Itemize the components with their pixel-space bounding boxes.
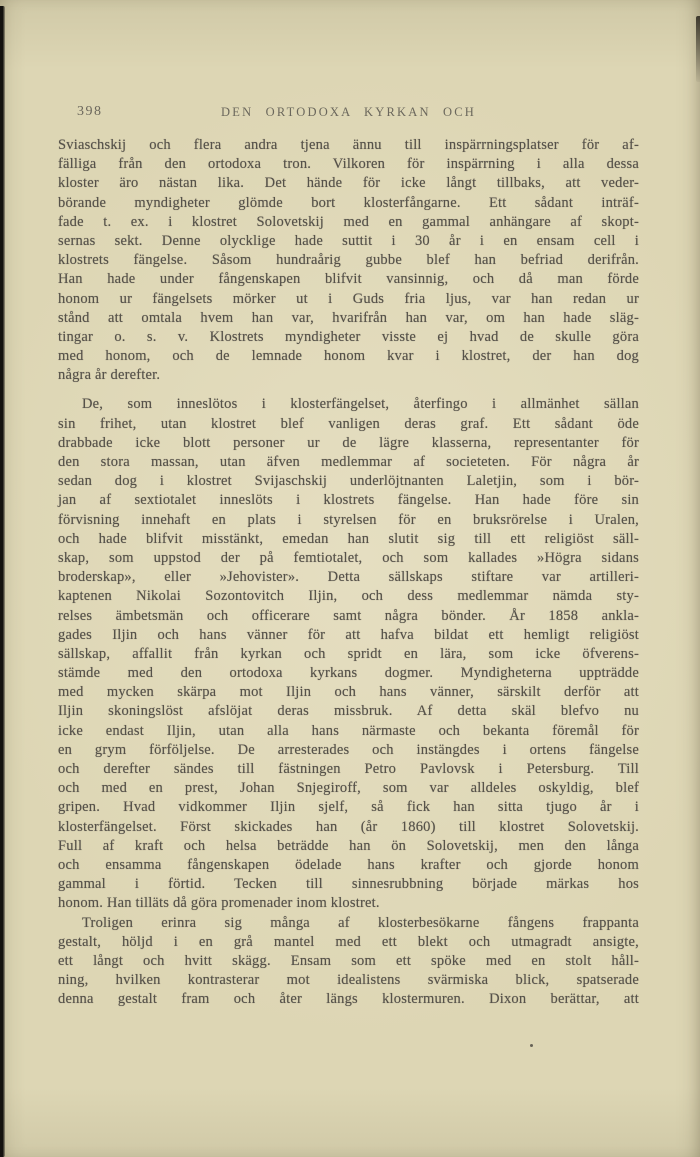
text-line: kloster äro nästan lika. Det hände för i… — [58, 174, 639, 193]
binding-edge-artifact — [0, 6, 5, 1157]
text-line: honom ur fängelsets mörker ut i Guds fri… — [58, 290, 639, 309]
text-line: den stora massan, utan äfven medlemmar a… — [58, 453, 639, 472]
book-page-scan: 398 DEN ORTODOXA KYRKAN OCH Sviaschskij … — [0, 0, 700, 1157]
paragraph: Sviaschskij och flera andra tjena ännu t… — [58, 136, 639, 385]
text-line: förvisning innehaft en plats i styrelsen… — [58, 511, 639, 530]
text-line: De, som inneslötos i klosterfängelset, å… — [58, 395, 639, 414]
text-line: sernas sekt. Denne olycklige hade suttit… — [58, 232, 639, 251]
text-line: ning, hvilken kontrasterar mot idealiste… — [58, 971, 639, 990]
text-line: honom. Han tilläts då göra promenader in… — [58, 894, 639, 913]
text-line: med mycken skärpa mot Iljin och hans vän… — [58, 683, 639, 702]
text-line: Han hade under fångenskapen blifvit vans… — [58, 270, 639, 289]
paragraph: Troligen erinra sig många af klosterbesö… — [58, 914, 639, 1010]
text-line: fälliga från den ortodoxa tron. Vilkoren… — [58, 155, 639, 174]
text-line: gades Iljin och hans vänner för att hafv… — [58, 626, 639, 645]
text-line: skap, som uppstod der på femtiotalet, oc… — [58, 549, 639, 568]
text-line: med honom, och de lemnade honom kvar i k… — [58, 347, 639, 366]
text-line: drabbade icke blott personer ur de lägre… — [58, 434, 639, 453]
text-line: Sviaschskij och flera andra tjena ännu t… — [58, 136, 639, 155]
text-line: gammal i förtid. Tecken till sinnesrubbn… — [58, 875, 639, 894]
page-header: 398 DEN ORTODOXA KYRKAN OCH — [58, 104, 639, 126]
text-line: kaptenen Nikolai Sozontovitch Iljin, och… — [58, 587, 639, 606]
text-line: stämde med den ortodoxa kyrkans dogmer. … — [58, 664, 639, 683]
ink-dot-artifact — [530, 1044, 533, 1047]
text-line: broderskap», eller »Jehovister». Detta s… — [58, 568, 639, 587]
text-line: och ensamma fångenskapen ödelade hans kr… — [58, 856, 639, 875]
text-line: Troligen erinra sig många af klosterbesö… — [58, 914, 639, 933]
text-line: denna gestalt fram och åter längs kloste… — [58, 990, 639, 1009]
paragraph: De, som inneslötos i klosterfängelset, å… — [58, 395, 639, 913]
text-line: klostrets fängelse. Såsom hundraårig gub… — [58, 251, 639, 270]
text-line: ett långt och hvitt skägg. Ensam som ett… — [58, 952, 639, 971]
text-line: Full af kraft och helsa beträdde han ön … — [58, 837, 639, 856]
running-title: DEN ORTODOXA KYRKAN OCH — [58, 105, 639, 120]
text-line: sällskap, affallit från kyrkan och sprid… — [58, 645, 639, 664]
text-line: sin frihet, utan klostret blef vanligen … — [58, 415, 639, 434]
text-line: gestalt, höljd i en grå mantel med ett b… — [58, 933, 639, 952]
text-line: och derefter sändes till fästningen Petr… — [58, 760, 639, 779]
right-edge-scan-artifact — [696, 16, 700, 82]
text-line: gripen. Hvad vidkommer Iljin sjelf, så f… — [58, 798, 639, 817]
text-line: jan af sextiotalet inneslöts i klostrets… — [58, 491, 639, 510]
text-line: icke endast Iljin, utan alla hans närmas… — [58, 722, 639, 741]
text-line: sedan dog i klostret Svijaschskij underl… — [58, 472, 639, 491]
text-line: klosterfängelset. Först skickades han (å… — [58, 818, 639, 837]
text-line: och hade blifvit misstänkt, emedan han s… — [58, 530, 639, 549]
text-line: en grym förföljelse. De arresterades och… — [58, 741, 639, 760]
text-line: tingar o. s. v. Klostrets myndigheter vi… — [58, 328, 639, 347]
text-line: Iljin skoningslöst afslöjat deras missbr… — [58, 702, 639, 721]
text-line: stånd att omtala hvem han var, hvarifrån… — [58, 309, 639, 328]
text-line: fade t. ex. i klostret Solovetskij med e… — [58, 213, 639, 232]
text-line: relses ämbetsmän och officerare samt någ… — [58, 607, 639, 626]
text-line: några år derefter. — [58, 366, 639, 385]
text-block: Sviaschskij och flera andra tjena ännu t… — [58, 136, 639, 1009]
text-line: och med en prest, Johan Snjegiroff, som … — [58, 779, 639, 798]
text-line: börande myndigheter glömde bort klosterf… — [58, 194, 639, 213]
